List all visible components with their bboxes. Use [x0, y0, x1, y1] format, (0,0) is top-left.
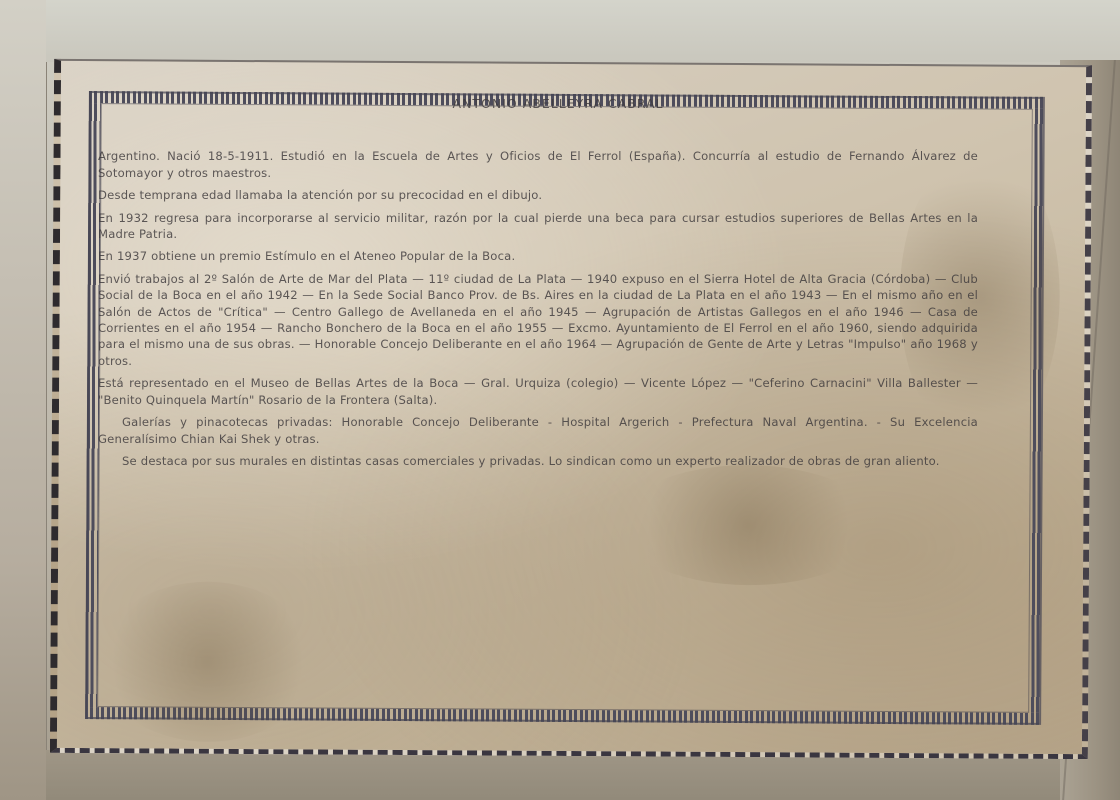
- bio-paragraph: En 1932 regresa para incorporarse al ser…: [98, 210, 978, 243]
- label-text: ANTONIO ABELLEYRA CABRAL Argentino. Naci…: [98, 96, 978, 475]
- bio-paragraph: Desde temprana edad llamaba la atención …: [98, 187, 978, 203]
- bio-paragraph: En 1937 obtiene un premio Estímulo en el…: [98, 248, 978, 264]
- bio-paragraph: Se destaca por sus murales en distintas …: [98, 453, 978, 469]
- bio-paragraph: Argentino. Nació 18-5-1911. Estudió en l…: [98, 148, 978, 181]
- backing-board-top: [46, 0, 1120, 62]
- bio-paragraph: Envió trabajos al 2º Salón de Arte de Ma…: [98, 271, 978, 369]
- bio-paragraph: Está representado en el Museo de Bellas …: [98, 375, 978, 408]
- artist-name-title: ANTONIO ABELLEYRA CABRAL: [98, 96, 978, 112]
- bio-paragraph: Galerías y pinacotecas privadas: Honorab…: [98, 414, 978, 447]
- backing-board-left: [0, 0, 47, 800]
